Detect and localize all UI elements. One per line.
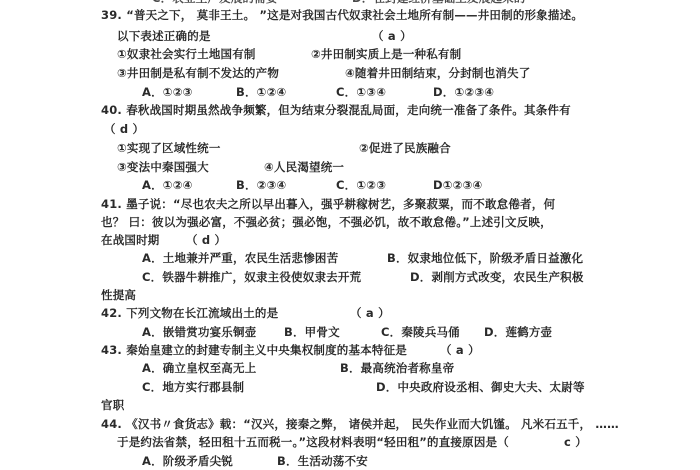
option-c: C．①②③ — [336, 178, 386, 192]
question-text: 下列文物在长江流域出土的是 — [126, 306, 278, 320]
answer-mark: （ d ） — [104, 122, 144, 136]
question-number: 44. — [101, 417, 122, 431]
option-d-continuation: 官职 — [101, 398, 124, 412]
statement: ①实现了区域性统一 — [117, 141, 221, 155]
question-41-stem: 41. 墨子说：“尽也农夫之所以早出暮入，强乎耕稼树艺，多聚菽粟，而不敢怠倦者，… — [101, 197, 555, 211]
question-number: 39. — [101, 8, 122, 22]
statement-text: ④随着井田制结束，分封制也消失了 — [345, 66, 530, 80]
question-44-stem-2: 于是约法省禁，轻田租十五而税一。”这段材料表明“轻田租”的直接原因是（ — [117, 435, 509, 449]
option-a: A．①②④ — [142, 178, 193, 192]
question-text: 秦始皇建立的封建专制主义中央集权制度的基本特征是 — [126, 343, 407, 357]
option-c: C．秦陵兵马俑 — [381, 325, 460, 339]
answer-mark: （ d ） — [186, 233, 226, 247]
option-d: D．①②③④ — [433, 85, 494, 99]
question-42-stem: 42. 下列文物在长江流域出土的是 — [101, 306, 278, 320]
statement: ④人民渴望统一 — [264, 160, 344, 174]
option-d: D①②③④ — [433, 178, 483, 192]
question-text: 以下表述正确的是 — [117, 29, 211, 43]
question-text: 也？ 曰：彼以为强必富，不强必贫；强必饱，不强必饥，故不敢怠倦。”上述引文反映， — [101, 215, 552, 229]
statement: ③变法中秦国强大 — [117, 160, 209, 174]
question-42-answer: （ a ） — [350, 306, 390, 320]
option-d-continuation: 性提高 — [101, 288, 136, 302]
question-44-stem: 44. 《汉书〃食货志》载：“汉兴，接秦之弊， 诸侯并起， 民失作业而大饥馑。 … — [101, 417, 619, 431]
exam-page: C．农业生产发展的需要 D．在封建经济基础上发展起来的 39. “普天之下， 莫… — [0, 0, 700, 470]
option-a: A．嵌错赏功宴乐铜壶 — [142, 325, 256, 339]
question-41-answer: （ d ） — [186, 233, 226, 247]
question-text: 在战国时期 — [101, 233, 160, 247]
cut-option-c: C．农业生产发展的需要 — [152, 0, 278, 5]
answer-mark: （ a ） — [372, 29, 412, 43]
answer-mark: c ） — [564, 435, 587, 449]
option-b: B．②③④ — [236, 178, 286, 192]
statement-text: ①实现了区域性统一 — [117, 141, 221, 155]
statement: ①奴隶社会实行土地国有制 — [117, 47, 256, 61]
question-40-answer: （ d ） — [104, 122, 144, 136]
option-a: A．①②③ — [142, 85, 193, 99]
question-text: 《汉书〃食货志》载：“汉兴，接秦之弊， 诸侯并起， 民失作业而大饥馑。 凡米石五… — [126, 417, 619, 431]
question-text: “普天之下， 莫非王土。 ”这是对我国古代奴隶社会土地所有制——井田制的形象描述… — [126, 8, 583, 22]
statement: ②井田制实质上是一种私有制 — [311, 47, 461, 61]
cut-off-option-line-right: D．在封建经济基础上发展起来的 — [352, 0, 526, 5]
cut-off-option-line: C．农业生产发展的需要 — [152, 0, 278, 5]
option-b: B．最高统治者称皇帝 — [340, 361, 454, 375]
statement-text: ④人民渴望统一 — [264, 160, 344, 174]
question-39-stem: 39. “普天之下， 莫非王土。 ”这是对我国古代奴隶社会土地所有制——井田制的… — [101, 8, 583, 22]
option-b: B．甲骨文 — [284, 325, 340, 339]
statement: ③井田制是私有制不发达的产物 — [117, 66, 279, 80]
question-39-answer: （ a ） — [372, 29, 412, 43]
statement-text: ③变法中秦国强大 — [117, 160, 209, 174]
option-b: B．奴隶地位低下，阶级矛盾日益激化 — [387, 251, 583, 265]
question-41-stem-3: 在战国时期 — [101, 233, 160, 247]
cut-option-d: D．在封建经济基础上发展起来的 — [352, 0, 526, 5]
question-41-stem-2: 也？ 曰：彼以为强必富，不强必贫；强必饱，不强必饥，故不敢怠倦。”上述引文反映， — [101, 215, 552, 229]
question-43-stem: 43. 秦始皇建立的封建专制主义中央集权制度的基本特征是 — [101, 343, 407, 357]
statement-text: ③井田制是私有制不发达的产物 — [117, 66, 279, 80]
option-a: A．阶级矛盾尖锐 — [142, 454, 233, 468]
option-d: D．剥削方式改变，农民生产积极 — [410, 270, 584, 284]
statement-text: ②促进了民族融合 — [359, 141, 451, 155]
question-40-stem: 40. 春秋战国时期虽然战争频繁，但为结束分裂混乱局面，走向统一准备了条件。其条… — [101, 103, 571, 117]
question-number: 43. — [101, 343, 122, 357]
option-d: D．莲鹤方壶 — [484, 325, 552, 339]
statement: ④随着井田制结束，分封制也消失了 — [345, 66, 530, 80]
option-c: C．地方实行郡县制 — [142, 380, 244, 394]
option-text: 性提高 — [101, 288, 136, 302]
answer-mark: （ a ） — [440, 343, 480, 357]
option-c: C．①③④ — [336, 85, 386, 99]
question-text: 墨子说：“尽也农夫之所以早出暮入，强乎耕稼树艺，多聚菽粟，而不敢怠倦者，何 — [126, 197, 555, 211]
question-43-answer: （ a ） — [440, 343, 480, 357]
question-number: 40. — [101, 103, 122, 117]
question-text: 春秋战国时期虽然战争频繁，但为结束分裂混乱局面，走向统一准备了条件。其条件有 — [126, 103, 571, 117]
statement-text: ②井田制实质上是一种私有制 — [311, 47, 461, 61]
question-text: 于是约法省禁，轻田租十五而税一。”这段材料表明“轻田租”的直接原因是（ — [117, 435, 509, 449]
question-number: 41. — [101, 197, 122, 211]
option-d: D．中央政府设丞相、御史大夫、太尉等 — [376, 380, 585, 394]
option-b: B．①②④ — [236, 85, 286, 99]
question-44-answer: c ） — [564, 435, 587, 449]
option-c: C．铁器牛耕推广，奴隶主役使奴隶去开荒 — [142, 270, 361, 284]
statement: ②促进了民族融合 — [359, 141, 451, 155]
option-a: A．土地兼并严重，农民生活悲惨困苦 — [142, 251, 338, 265]
option-b: B．生活动荡不安 — [277, 454, 368, 468]
option-text: 官职 — [101, 398, 124, 412]
statement-text: ①奴隶社会实行土地国有制 — [117, 47, 256, 61]
question-number: 42. — [101, 306, 122, 320]
answer-mark: （ a ） — [350, 306, 390, 320]
question-39-stem-2: 以下表述正确的是 — [117, 29, 211, 43]
option-a: A．确立皇权至高无上 — [142, 361, 256, 375]
